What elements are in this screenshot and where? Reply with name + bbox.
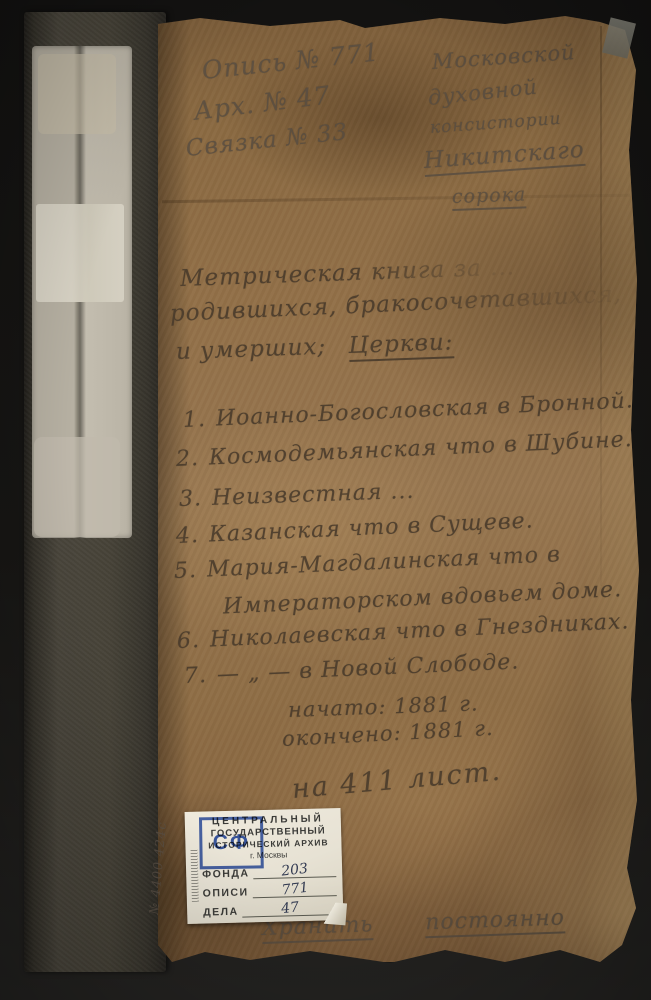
archive-label: ЦЕНТРАЛЬНЫЙ ГОСУДАРСТВЕННЫЙ ИСТОРИЧЕСКИЙ… xyxy=(185,808,344,924)
title-line-3-text: и умерших; xyxy=(176,334,327,365)
church-number: 7. xyxy=(183,663,207,689)
fond-field-label: ФОНДА xyxy=(202,867,250,880)
spine-worn-patch-bottom xyxy=(34,437,120,537)
opis-field-value: 771 xyxy=(281,880,309,899)
archival-book-photo: Опись № 771 Арх. № 47 Связка № 33 Москов… xyxy=(0,0,651,1000)
church-number: 6. xyxy=(176,628,200,654)
opis-field-line: 771 xyxy=(252,877,337,898)
church-number: 5. xyxy=(173,558,197,584)
spine-tape-patch xyxy=(36,204,124,302)
church-number: 3. xyxy=(179,486,203,512)
spine-worn-patch-top xyxy=(38,54,116,134)
delo-field-value: 47 xyxy=(280,899,300,917)
church-number: 4. xyxy=(175,523,199,549)
delo-field-label: ДЕЛА xyxy=(203,906,239,919)
retention-word-2: постоянно xyxy=(425,905,566,938)
fond-field-line: 203 xyxy=(253,858,336,879)
consistory-note-line-5: сорока xyxy=(452,183,527,211)
sf-stamp: СФ xyxy=(199,816,264,869)
church-number: 2. xyxy=(175,446,199,472)
fond-field-value: 203 xyxy=(281,861,309,880)
printer-imprint xyxy=(191,850,199,902)
label-folded-corner xyxy=(315,901,347,925)
title-churches-word: Церкви: xyxy=(348,329,454,362)
book-spine xyxy=(24,12,166,972)
church-number: 1. xyxy=(182,407,206,433)
